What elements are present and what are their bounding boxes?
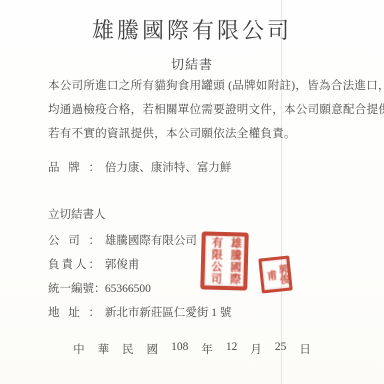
declaration-body: 本公司所進口之所有貓狗食用罐頭 (品牌如附註)，皆為合法進口， 均通過檢疫合格，…: [48, 74, 348, 146]
date-year-value: 108: [171, 341, 188, 357]
address-value: 新北市新莊區仁愛街 1 號: [105, 307, 232, 319]
tax-id-value: 65366500: [105, 283, 151, 295]
company-row: 公司： 雄騰國際有限公司: [48, 234, 197, 248]
date-month-value: 12: [226, 341, 238, 357]
address-label: 地址：: [48, 306, 100, 320]
roc-date-line: 中 華 民 國 108 年 12 月 25 日: [0, 341, 384, 357]
tax-id-row: 統一編號： 65366500: [48, 282, 151, 296]
responsible-person-value: 郭俊甫: [105, 259, 140, 271]
declarant-heading: 立切結書人: [48, 208, 106, 222]
date-part: 月: [250, 341, 262, 357]
responsible-person-label: 負責人：: [48, 258, 100, 272]
personal-seal-text: 郭俊甫: [262, 259, 290, 290]
body-line-2: 均通過檢疫合格，若相關單位需要證明文件，本公司願意配合提供，: [48, 98, 348, 122]
date-part: 日: [299, 341, 311, 357]
tax-id-label: 統一編號：: [48, 282, 100, 296]
personal-seal-stamp: 郭俊甫: [258, 255, 292, 293]
body-line-1: 本公司所進口之所有貓狗食用罐頭 (品牌如附註)，皆為合法進口，: [48, 74, 348, 98]
date-day-value: 25: [275, 341, 287, 357]
company-label: 公司：: [48, 234, 100, 248]
date-part: 中: [73, 341, 85, 357]
company-seal-text: 雄騰國際有限公司: [204, 235, 244, 286]
document-title: 切結書: [0, 54, 384, 73]
date-part: 華: [98, 341, 110, 357]
declaration-document: 雄騰國際有限公司 切結書 本公司所進口之所有貓狗食用罐頭 (品牌如附註)，皆為合…: [0, 0, 384, 384]
responsible-person-row: 負責人： 郭俊甫: [48, 258, 139, 272]
date-part: 民: [122, 341, 134, 357]
company-seal-stamp: 雄騰國際有限公司: [200, 231, 249, 290]
brand-row: 品牌： 倍力康、康沛特、富力鮮: [48, 161, 231, 175]
date-part: 年: [201, 341, 213, 357]
company-value: 雄騰國際有限公司: [105, 235, 197, 247]
brand-label: 品牌：: [48, 161, 100, 175]
brand-value: 倍力康、康沛特、富力鮮: [105, 162, 232, 174]
company-title: 雄騰國際有限公司: [0, 14, 384, 45]
address-row: 地址： 新北市新莊區仁愛街 1 號: [48, 306, 231, 320]
body-line-3: 若有不實的資訊提供，本公司願依法全權負責。: [48, 122, 348, 146]
date-part: 國: [147, 341, 159, 357]
